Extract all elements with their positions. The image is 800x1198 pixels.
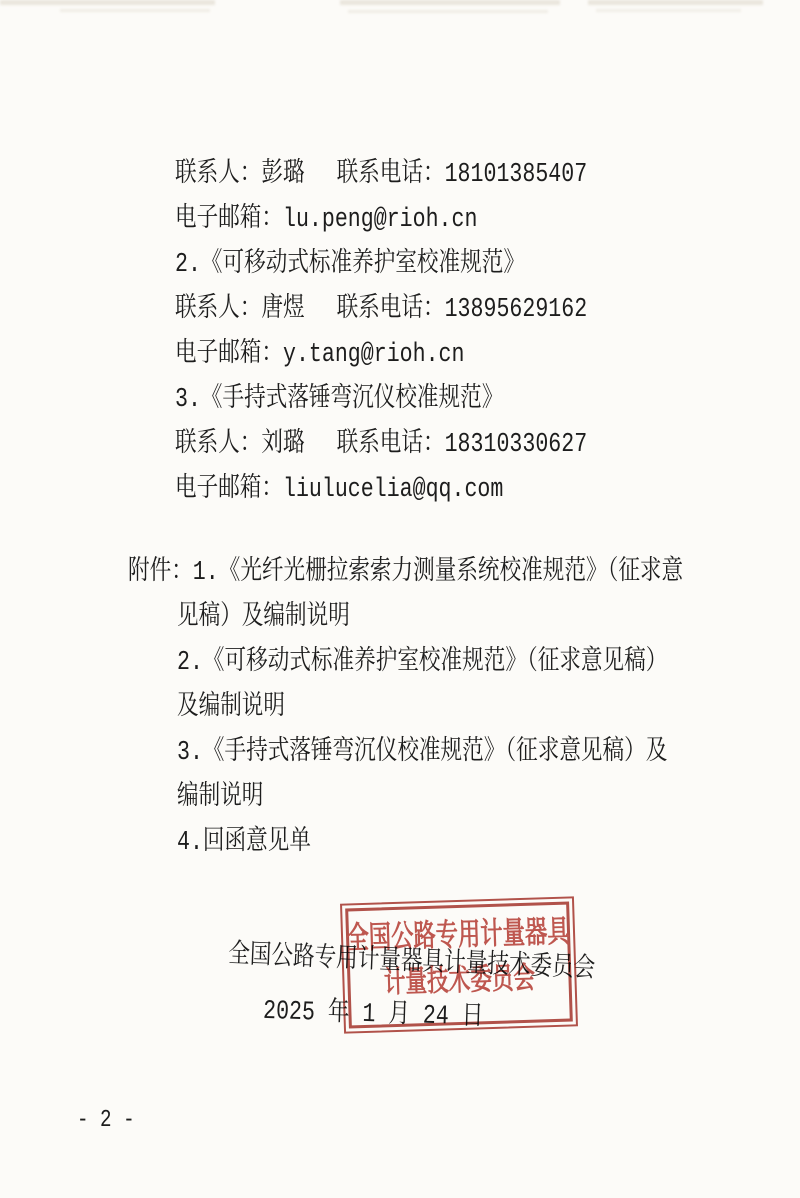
contact-name: 联系人：唐煜 xyxy=(175,295,305,325)
contact-info-section: 联系人：彭璐联系电话：18101385407 电子邮箱：lu.peng@rioh… xyxy=(175,158,690,518)
attachment-line: 编制说明 xyxy=(128,781,800,826)
spec-title: 3.《手持式落锤弯沉仪校准规范》 xyxy=(175,383,503,417)
attachment-item: 4.回函意见单 xyxy=(177,826,311,860)
attachment-item: 见稿）及编制说明 xyxy=(177,601,350,635)
contact-phone: 联系电话：13895629162 xyxy=(337,295,588,325)
scan-artifact xyxy=(588,0,763,5)
scan-artifact xyxy=(340,0,560,5)
spec-title-line: 3.《手持式落锤弯沉仪校准规范》 xyxy=(175,383,690,428)
attachment-line: 及编制说明 xyxy=(128,691,800,736)
email-line: 电子邮箱：lu.peng@rioh.cn xyxy=(175,203,690,248)
attachments-section: 附件：1.《光纤光栅拉索索力测量系统校准规范》（征求意 见稿）及编制说明 2.《… xyxy=(128,556,800,871)
scan-artifact xyxy=(596,9,741,12)
attachment-line: 2.《可移动式标准养护室校准规范》（征求意见稿） xyxy=(128,646,800,691)
attachment-item: 及编制说明 xyxy=(177,691,285,725)
scan-artifact xyxy=(348,10,548,13)
spec-title: 2.《可移动式标准养护室校准规范》 xyxy=(175,248,525,282)
attachment-line: 3.《手持式落锤弯沉仪校准规范》（征求意见稿）及 xyxy=(128,736,800,781)
scanned-document-page: 联系人：彭璐联系电话：18101385407 电子邮箱：lu.peng@rioh… xyxy=(0,0,800,1198)
spec-title-line: 2.《可移动式标准养护室校准规范》 xyxy=(175,248,690,293)
contact-email: 电子邮箱：y.tang@rioh.cn xyxy=(175,338,464,372)
contact-name: 联系人：刘璐 xyxy=(175,430,305,460)
contact-name: 联系人：彭璐 xyxy=(175,160,305,190)
email-line: 电子邮箱：y.tang@rioh.cn xyxy=(175,338,690,383)
contact-phone: 联系电话：18101385407 xyxy=(337,160,588,190)
contact-line: 联系人：唐煜联系电话：13895629162 xyxy=(175,293,690,338)
attachment-line: 4.回函意见单 xyxy=(128,826,800,871)
page-number: - 2 - xyxy=(77,1106,149,1136)
contact-phone: 联系电话：18310330627 xyxy=(337,430,588,460)
attachment-item: 3.《手持式落锤弯沉仪校准规范》（征求意见稿）及 xyxy=(177,736,667,770)
email-line: 电子邮箱：liulucelia@qq.com xyxy=(175,473,690,518)
attachments-label: 附件： xyxy=(128,558,193,588)
contact-line: 联系人：刘璐联系电话：18310330627 xyxy=(175,428,690,473)
scan-artifact xyxy=(0,0,215,5)
seal-text-line-1: 全国公路专用计量器具 xyxy=(346,919,570,958)
contact-line: 联系人：彭璐联系电话：18101385407 xyxy=(175,158,690,203)
attachment-item: 2.《可移动式标准养护室校准规范》（征求意见稿） xyxy=(177,646,667,680)
attachment-item: 编制说明 xyxy=(177,781,263,815)
attachment-item: 1.《光纤光栅拉索索力测量系统校准规范》（征求意 xyxy=(193,558,683,588)
seal-text-line-2: 计量技术委员会 xyxy=(384,965,536,1002)
contact-email: 电子邮箱：lu.peng@rioh.cn xyxy=(175,203,477,237)
attachment-line: 附件：1.《光纤光栅拉索索力测量系统校准规范》（征求意 xyxy=(128,556,800,601)
official-seal-inner-border: 全国公路专用计量器具 计量技术委员会 xyxy=(345,902,573,1029)
attachment-line: 见稿）及编制说明 xyxy=(128,601,800,646)
contact-email: 电子邮箱：liulucelia@qq.com xyxy=(175,473,503,507)
scan-artifact xyxy=(60,9,210,12)
official-seal: 全国公路专用计量器具 计量技术委员会 xyxy=(340,896,578,1033)
